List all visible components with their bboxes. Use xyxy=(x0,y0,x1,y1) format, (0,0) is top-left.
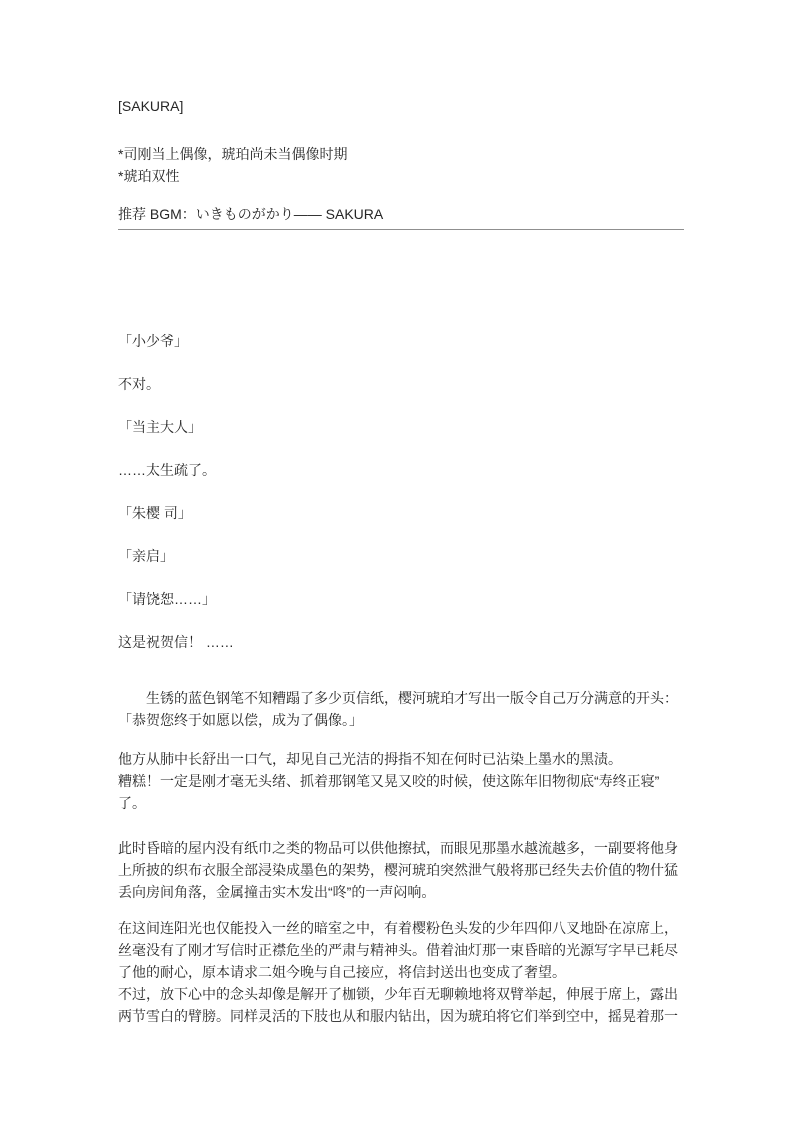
story-title: [SAKURA] xyxy=(118,95,684,117)
story-paragraph: 不过，放下心中的念头却像是解开了枷锁，少年百无聊赖地将双臂举起，伸展于席上，露出… xyxy=(118,983,684,1027)
story-paragraph: 他方从肺中长舒出一口气，却见自己光洁的拇指不知在何时已沾染上墨水的黑渍。 糟糕！… xyxy=(118,748,684,814)
dialogue-line: ……太生疏了。 xyxy=(118,459,684,481)
page-body: [SAKURA] *司刚当上偶像，琥珀尚未当偶像时期 *琥珀双性 推荐 BGM：… xyxy=(118,95,684,1027)
story-paragraph: 生锈的蓝色钢笔不知糟蹋了多少页信纸，樱河琥珀才写出一版令自己万分满意的开头： 「… xyxy=(118,687,684,731)
dialogue-line: 「当主大人」 xyxy=(118,416,684,438)
bgm-recommendation: 推荐 BGM：いきものがかり—— SAKURA xyxy=(118,203,684,230)
author-notes: *司刚当上偶像，琥珀尚未当偶像时期 *琥珀双性 xyxy=(118,143,684,187)
dialogue-line: 「朱樱 司」 xyxy=(118,502,684,524)
story-paragraph: 在这间连阳光也仅能投入一丝的暗室之中，有着樱粉色头发的少年四仰八叉地卧在凉席上，… xyxy=(118,917,684,983)
document-page: [SAKURA] *司刚当上偶像，琥珀尚未当偶像时期 *琥珀双性 推荐 BGM：… xyxy=(0,0,800,1131)
dialogue-line: 这是祝贺信！ …… xyxy=(118,631,684,653)
dialogue-line: 「小少爷」 xyxy=(118,330,684,352)
dialogue-line: 「请饶恕……」 xyxy=(118,588,684,610)
dialogue-line: 不对。 xyxy=(118,373,684,395)
dialogue-line: 「亲启」 xyxy=(118,545,684,567)
story-paragraph: 此时昏暗的屋内没有纸巾之类的物品可以供他擦拭，而眼见那墨水越流越多，一副要将他身… xyxy=(118,837,684,903)
